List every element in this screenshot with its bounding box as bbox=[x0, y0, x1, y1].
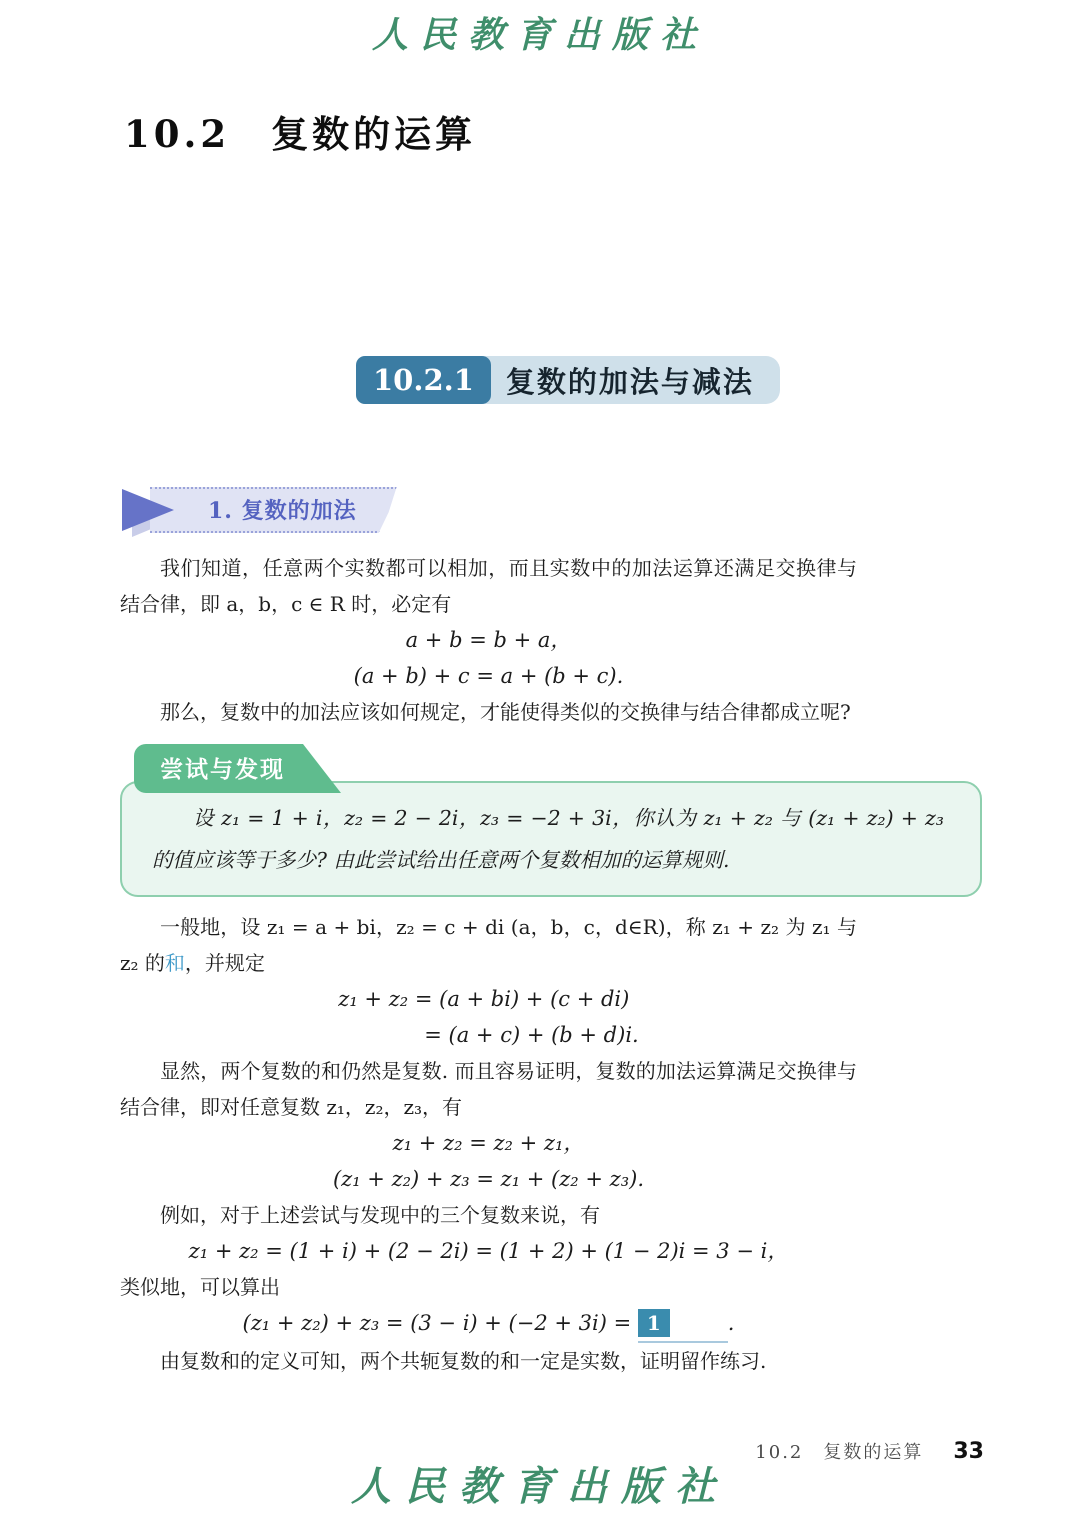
formula-sum-line1: z₁ + z₂ = (a + bi) + (c + di) bbox=[338, 981, 638, 1017]
formula-sum-line2: = (a + c) + (b + d)i. bbox=[338, 1017, 638, 1053]
paragraph-intro: 我们知道，任意两个实数都可以相加，而且实数中的加法运算还满足交换律与结合律，即 … bbox=[120, 550, 857, 622]
publisher-logo: 人民教育出版社 bbox=[0, 0, 1080, 60]
formula-commutative-complex: z₁ + z₂ = z₂ + z₁， bbox=[120, 1125, 857, 1161]
page-content: 10.2 复数的运算 10.2.1 复数的加法与减法 1. 复数的加法 我们知道… bbox=[120, 104, 985, 1379]
formula-commutative-real: a + b = b + a， bbox=[120, 622, 857, 658]
formula-fill-blank-pre: (z₁ + z₂) + z₃ = (3 − i) + (−2 + 3i) = bbox=[243, 1311, 638, 1335]
subsection-banner-label: 1. 复数的加法 bbox=[150, 487, 397, 533]
keyword-sum: 和 bbox=[165, 951, 185, 975]
formula-example-sum: z₁ + z₂ = (1 + i) + (2 − 2i) = (1 + 2) +… bbox=[120, 1233, 857, 1269]
paragraph-question: 那么，复数中的加法应该如何规定，才能使得类似的交换律与结合律都成立呢? bbox=[120, 694, 857, 730]
section-title: 复数的加法与减法 bbox=[482, 356, 780, 404]
textbook-page: 人民教育出版社 10.2 复数的运算 10.2.1 复数的加法与减法 1. 复数… bbox=[0, 0, 1080, 1527]
blank-underline: 1 bbox=[638, 1305, 728, 1343]
publisher-logo-bottom: 人民教育出版社 bbox=[0, 1460, 1080, 1514]
formula-associative-complex: (z₁ + z₂) + z₃ = z₁ + (z₂ + z₃). bbox=[120, 1161, 857, 1197]
paragraph-definition: 一般地，设 z₁ = a + bi，z₂ = c + di (a，b，c，d∈R… bbox=[120, 909, 857, 981]
paragraph-properties: 显然，两个复数的和仍然是复数. 而且容易证明，复数的加法运算满足交换律与结合律，… bbox=[120, 1053, 857, 1125]
paragraph-similarly: 类似地，可以算出 bbox=[120, 1269, 857, 1305]
answer-number-badge: 1 bbox=[638, 1309, 670, 1337]
subsection-banner: 1. 复数的加法 bbox=[120, 488, 985, 532]
discover-box-text: 设 z₁ = 1 + i，z₂ = 2 − 2i，z₃ = −2 + 3i，你认… bbox=[152, 797, 944, 881]
arrow-icon bbox=[122, 489, 174, 531]
section-header: 10.2.1 复数的加法与减法 bbox=[356, 356, 985, 404]
formula-sum-definition: z₁ + z₂ = (a + bi) + (c + di)= (a + c) +… bbox=[120, 981, 857, 1053]
paragraph-example: 例如，对于上述尝试与发现中的三个复数来说，有 bbox=[120, 1197, 857, 1233]
formula-associative-real: (a + b) + c = a + (b + c). bbox=[120, 658, 857, 694]
section-number-badge: 10.2.1 bbox=[356, 356, 491, 404]
discover-box-tab: 尝试与发现 bbox=[134, 744, 341, 793]
discover-box: 尝试与发现 设 z₁ = 1 + i，z₂ = 2 − 2i，z₃ = −2 +… bbox=[120, 744, 982, 897]
formula-fill-blank: (z₁ + z₂) + z₃ = (3 − i) + (−2 + 3i) = 1… bbox=[120, 1305, 857, 1343]
chapter-title: 10.2 复数的运算 bbox=[124, 104, 985, 158]
paragraph-conjugate-note: 由复数和的定义可知，两个共轭复数的和一定是实数，证明留作练习. bbox=[120, 1343, 857, 1379]
formula-fill-blank-post: . bbox=[728, 1311, 735, 1335]
definition-text-post: ，并规定 bbox=[185, 951, 265, 975]
discover-box-body: 设 z₁ = 1 + i，z₂ = 2 − 2i，z₃ = −2 + 3i，你认… bbox=[120, 781, 982, 897]
